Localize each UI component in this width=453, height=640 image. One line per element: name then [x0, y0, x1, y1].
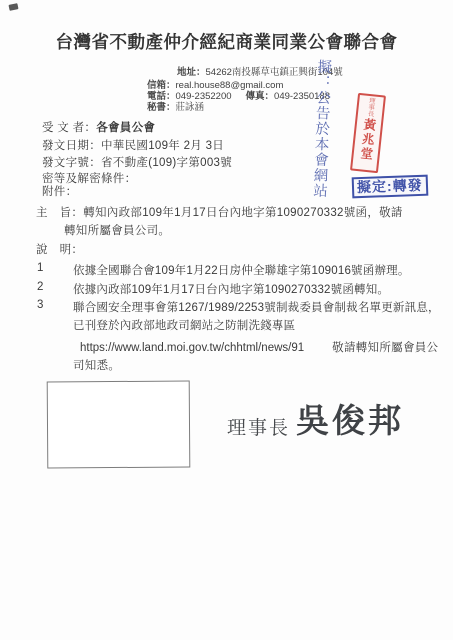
- secretary-value: 莊詠涵: [176, 102, 205, 113]
- issue-date-label: 發文日期：: [42, 140, 101, 152]
- item-number: 1: [37, 262, 43, 274]
- empty-signature-box: [47, 381, 191, 469]
- reference-number-value: 省不動產(109)字第003號: [101, 157, 232, 169]
- subject-line-2: 轉知所屬會員公司。: [64, 222, 170, 238]
- secretary-label: 秘書：: [147, 102, 176, 113]
- url-line: https://www.land.moi.gov.tw/chhtml/news/…: [80, 339, 438, 355]
- organization-title: 台灣省不動產仲介經紀商業同業公會聯合會: [0, 29, 453, 54]
- chairman-red-seal-stamp: 理事長 黃兆堂: [350, 93, 386, 173]
- handwritten-blue-note: 擬：公告於本會網站: [308, 59, 334, 208]
- item-text: 依據全國聯合會109年1月22日房仲全聯雄字第109016號函辦理。: [73, 262, 410, 278]
- item-text: 依據內政部109年1月17日台內地字第1090270332號函轉知。: [73, 281, 389, 297]
- subject-line-1: 主 旨：轉知內政部109年1月17日台內地字第1090270332號函，敬請: [36, 204, 403, 220]
- red-seal-name: 黃兆堂: [356, 117, 378, 162]
- recipient-line: 受 文 者：各會員公會: [42, 119, 155, 135]
- explanation-label: 說 明：: [36, 241, 83, 257]
- issue-date-line: 發文日期：中華民國109年 2月 3日: [42, 137, 224, 153]
- reference-number-line: 發文字號：省不動產(109)字第003號: [42, 154, 232, 170]
- attachment-line: 附件：: [42, 183, 77, 199]
- closing-text: 司知悉。: [73, 357, 120, 373]
- blue-decision-stamp: 擬定:轉發: [352, 175, 428, 199]
- contact-secretary-line: 秘書：莊詠涵: [147, 99, 204, 113]
- issue-date-value: 中華民國109年 2月 3日: [101, 140, 224, 152]
- scanned-official-letter: 台灣省不動產仲介經紀商業同業公會聯合會 地址：54262南投縣草屯鎮正興街104…: [0, 0, 453, 640]
- recipient-value: 各會員公會: [96, 122, 155, 134]
- scan-artifact-mark: [8, 3, 18, 11]
- land-moi-url: https://www.land.moi.gov.tw/chhtml/news/…: [80, 342, 304, 354]
- subject-label: 主 旨：: [36, 207, 83, 219]
- red-seal-title: 理事長: [365, 97, 376, 117]
- signature-name: 吳俊邦: [296, 395, 404, 442]
- item-number: 2: [37, 281, 43, 293]
- fax-label: 傳真：: [246, 91, 275, 102]
- item-3-continuation: 已刊登於內政部地政司網站之防制洗錢專區: [73, 317, 295, 333]
- signature-title: 理事長: [227, 413, 290, 440]
- subject-text-1: 轉知內政部109年1月17日台內地字第1090270332號函，敬請: [83, 207, 403, 219]
- url-suffix-text: 敬請轉知所屬會員公: [332, 342, 438, 354]
- recipient-label: 受 文 者：: [42, 122, 96, 134]
- item-number: 3: [37, 299, 43, 311]
- item-text: 聯合國安全理事會第1267/1989/2253號制裁委員會制裁名單更新訊息，: [73, 299, 440, 315]
- reference-number-label: 發文字號：: [42, 157, 101, 169]
